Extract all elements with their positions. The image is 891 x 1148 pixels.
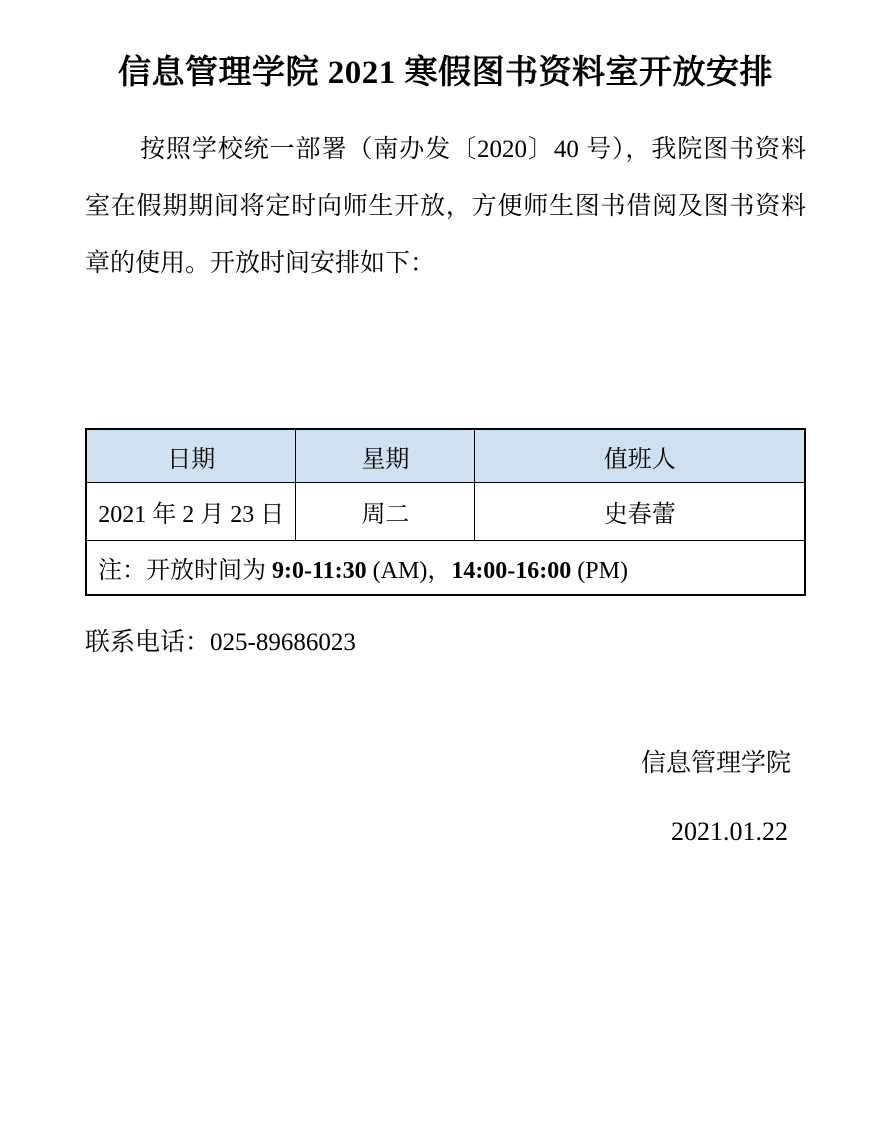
header-cell-person: 值班人 bbox=[475, 429, 805, 483]
document-content: 信息管理学院 2021 寒假图书资料室开放安排 按照学校统一部署（南办发〔202… bbox=[0, 50, 891, 850]
cell-weekday: 周二 bbox=[296, 483, 475, 541]
schedule-table: 日期 星期 值班人 2021 年 2 月 23 日 周二 史春蕾 注：开放时间为… bbox=[85, 428, 806, 596]
table-header-row: 日期 星期 值班人 bbox=[86, 429, 805, 483]
document-page: 信息管理学院 2021 寒假图书资料室开放安排 按照学校统一部署（南办发〔202… bbox=[0, 0, 891, 1148]
note-time-pm: 14:00-16:00 bbox=[451, 558, 571, 584]
header-cell-weekday: 星期 bbox=[296, 429, 475, 483]
signature-date: 2021.01.22 bbox=[85, 814, 806, 850]
note-pm-suffix: (PM) bbox=[571, 558, 628, 584]
table-note-row: 注：开放时间为 9:0-11:30 (AM)，14:00-16:00 (PM) bbox=[86, 541, 805, 596]
signature-name: 信息管理学院 bbox=[85, 746, 806, 782]
cell-date: 2021 年 2 月 23 日 bbox=[86, 483, 296, 541]
contact-line: 联系电话：025-89686023 bbox=[85, 624, 806, 661]
document-title: 信息管理学院 2021 寒假图书资料室开放安排 bbox=[85, 50, 806, 96]
cell-person: 史春蕾 bbox=[475, 483, 805, 541]
note-cell: 注：开放时间为 9:0-11:30 (AM)，14:00-16:00 (PM) bbox=[86, 541, 805, 596]
note-am-suffix: (AM)， bbox=[367, 558, 452, 584]
note-time-am: 9:0-11:30 bbox=[272, 558, 367, 584]
intro-paragraph: 按照学校统一部署（南办发〔2020〕40 号），我院图书资料室在假期期间将定时向… bbox=[85, 121, 806, 292]
table-row: 2021 年 2 月 23 日 周二 史春蕾 bbox=[86, 483, 805, 541]
header-cell-date: 日期 bbox=[86, 429, 296, 483]
note-prefix: 注：开放时间为 bbox=[98, 558, 272, 584]
